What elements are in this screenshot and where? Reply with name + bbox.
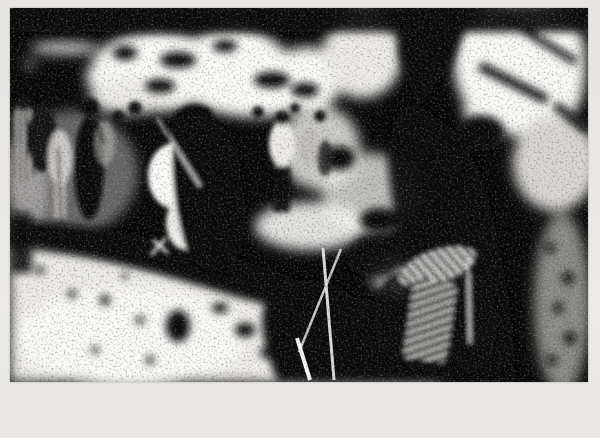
film-grain — [10, 8, 588, 382]
photo-mat-border — [0, 0, 600, 438]
quarry-photograph — [10, 8, 588, 382]
